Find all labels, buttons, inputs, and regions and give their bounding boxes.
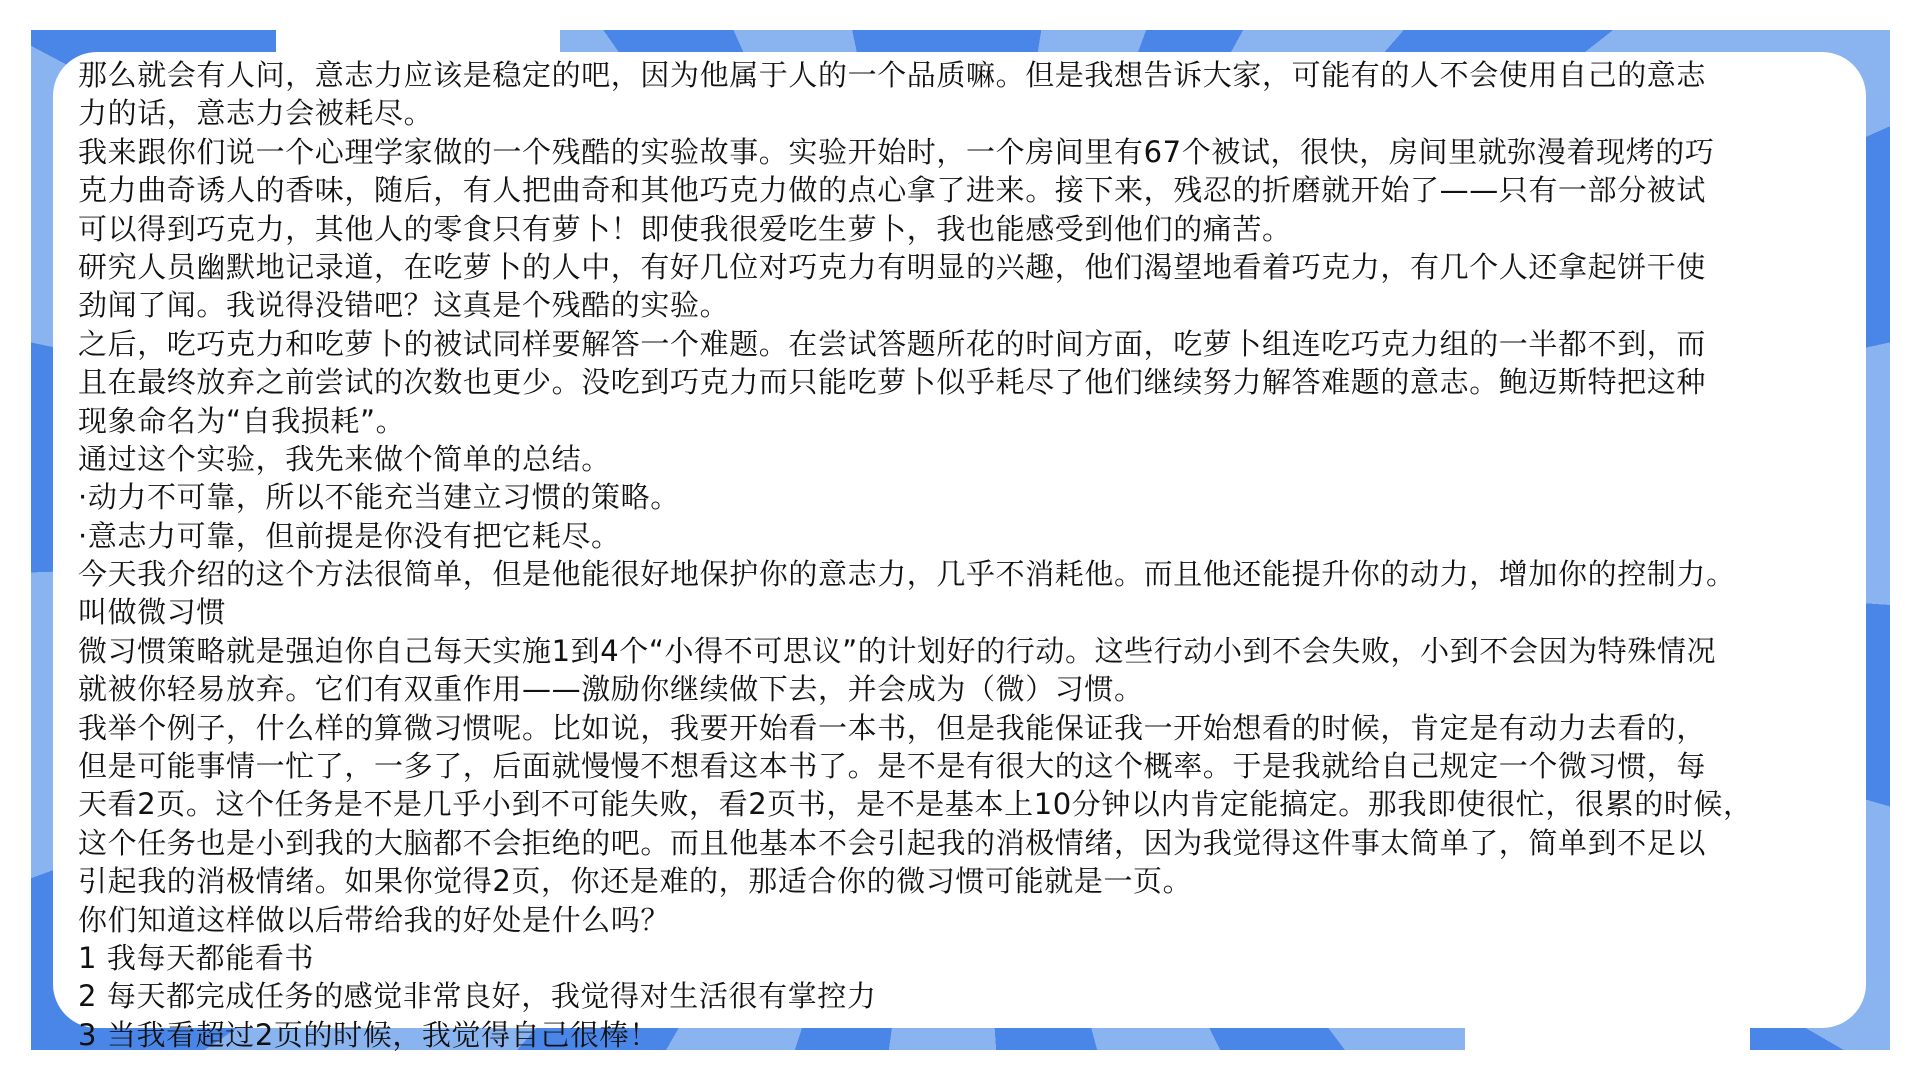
paragraph-line: 克力曲奇诱人的香味，随后，有人把曲奇和其他巧克力做的点心拿了进来。接下来，残忍的… — [78, 171, 1878, 209]
paragraph-line: 我举个例子，什么样的算微习惯呢。比如说，我要开始看一本书，但是我能保证我一开始想… — [78, 709, 1878, 747]
paragraph-line: 可以得到巧克力，其他人的零食只有萝卜！即使我很爱吃生萝卜，我也能感受到他们的痛苦… — [78, 210, 1878, 248]
paragraph-line: 力的话，意志力会被耗尽。 — [78, 94, 1878, 132]
paragraph-line: 这个任务也是小到我的大脑都不会拒绝的吧。而且他基本不会引起我的消极情绪，因为我觉… — [78, 824, 1878, 862]
slide: 那么就会有人问，意志力应该是稳定的吧，因为他属于人的一个品质嘛。但是我想告诉大家… — [0, 0, 1920, 1080]
paragraph-line: 且在最终放弃之前尝试的次数也更少。没吃到巧克力而只能吃萝卜似乎耗尽了他们继续努力… — [78, 363, 1878, 401]
paragraph-line: 但是可能事情一忙了，一多了，后面就慢慢不想看这本书了。是不是有很大的这个概率。于… — [78, 747, 1878, 785]
summary-heading: 通过这个实验，我先来做个简单的总结。 — [78, 440, 1878, 478]
paragraph-line: 就被你轻易放弃。它们有双重作用——激励你继续做下去，并会成为（微）习惯。 — [78, 670, 1878, 708]
paragraph-line: 现象命名为“自我损耗”。 — [78, 402, 1878, 440]
question-line: 你们知道这样做以后带给我的好处是什么吗？ — [78, 901, 1878, 939]
document-body: 那么就会有人问，意志力应该是稳定的吧，因为他属于人的一个品质嘛。但是我想告诉大家… — [78, 56, 1878, 1054]
bullet-item: ·动力不可靠，所以不能充当建立习惯的策略。 — [78, 478, 1878, 516]
paragraph-line: 我来跟你们说一个心理学家做的一个残酷的实验故事。实验开始时，一个房间里有67个被… — [78, 133, 1878, 171]
paragraph-line: 之后，吃巧克力和吃萝卜的被试同样要解答一个难题。在尝试答题所花的时间方面，吃萝卜… — [78, 325, 1878, 363]
paragraph-line: 引起我的消极情绪。如果你觉得2页，你还是难的，那适合你的微习惯可能就是一页。 — [78, 862, 1878, 900]
paragraph-line: 那么就会有人问，意志力应该是稳定的吧，因为他属于人的一个品质嘛。但是我想告诉大家… — [78, 56, 1878, 94]
paragraph-line: 微习惯策略就是强迫你自己每天实施1到4个“小得不可思议”的计划好的行动。这些行动… — [78, 632, 1878, 670]
bullet-item: ·意志力可靠，但前提是你没有把它耗尽。 — [78, 517, 1878, 555]
paragraph-line: 劲闻了闻。我说得没错吧？这真是个残酷的实验。 — [78, 286, 1878, 324]
paragraph-line: 研究人员幽默地记录道，在吃萝卜的人中，有好几位对巧克力有明显的兴趣，他们渴望地看… — [78, 248, 1878, 286]
paragraph-line: 叫做微习惯 — [78, 593, 1878, 631]
paragraph-line: 天看2页。这个任务是不是几乎小到不可能失败，看2页书，是不是基本上10分钟以内肯… — [78, 785, 1878, 823]
numbered-item: 2 每天都完成任务的感觉非常良好，我觉得对生活很有掌控力 — [78, 977, 1878, 1015]
paragraph-line: 今天我介绍的这个方法很简单，但是他能很好地保护你的意志力，几乎不消耗他。而且他还… — [78, 555, 1878, 593]
frame-gap-top — [276, 28, 560, 54]
numbered-item: 3 当我看超过2页的时候，我觉得自己很棒！ — [78, 1016, 1878, 1054]
numbered-item: 1 我每天都能看书 — [78, 939, 1878, 977]
